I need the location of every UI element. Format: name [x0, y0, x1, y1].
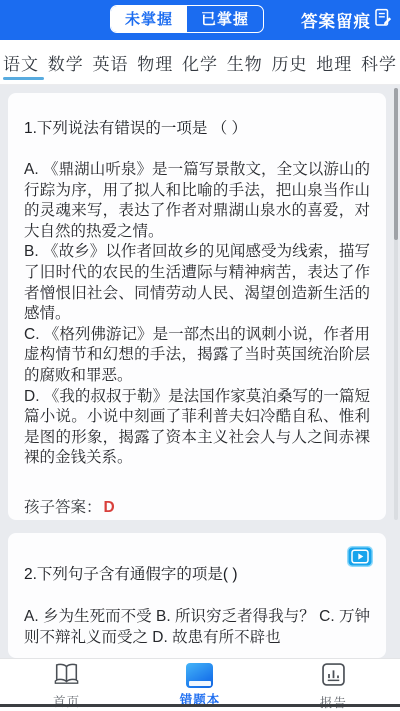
- active-tab-underline: [3, 77, 44, 80]
- tab-math[interactable]: 数学: [48, 50, 84, 75]
- question-card-1: 1.下列说法有错误的一项是 （ ） A. 《鼎湖山听泉》是一篇写景散文，全文以游…: [8, 93, 386, 520]
- option-a: A. 《鼎湖山听泉》是一篇写景散文，全文以游山的行踪为序，用了拟人和比喻的手法，…: [24, 160, 370, 242]
- top-header: 未掌握 已掌握 答案留痕: [0, 0, 400, 40]
- nav-home-label: 首页: [53, 692, 80, 710]
- option-b: B. 《故乡》以作者回故乡的见闻感受为线索，描写了旧时代的农民的生活遭际与精神病…: [24, 242, 370, 324]
- tab-biology[interactable]: 生物: [227, 50, 263, 75]
- blue-notebook-icon: [186, 663, 213, 688]
- tab-physics[interactable]: 物理: [137, 50, 173, 75]
- question-2-title: 2.下列句子含有通假字的项是( ): [24, 564, 370, 585]
- nav-report-label: 报告: [320, 693, 347, 711]
- video-play-button[interactable]: [347, 546, 373, 567]
- question-1-options: A. 《鼎湖山听泉》是一篇写景散文，全文以游山的行踪为序，用了拟人和比喻的手法，…: [24, 160, 370, 469]
- tab-not-mastered[interactable]: 未掌握: [111, 6, 187, 32]
- child-answer-label: 孩子答案：: [24, 499, 102, 516]
- question-card-2: 2.下列句子含有通假字的项是( ) A. 乡为生死而不受 B. 所识穷乏者得我与…: [8, 533, 386, 658]
- tab-mastered[interactable]: 已掌握: [187, 6, 263, 32]
- scrollbar-thumb[interactable]: [394, 88, 398, 240]
- question-2-options: A. 乡为生死而不受 B. 所识穷乏者得我与？ C. 万钟则不辩礼义而受之 D.…: [24, 606, 370, 648]
- tab-history[interactable]: 历史: [272, 50, 308, 75]
- child-answer-row: 孩子答案：D: [24, 495, 370, 517]
- answer-trace-label: 答案留痕: [301, 8, 371, 32]
- open-book-icon: [54, 663, 79, 690]
- tab-geography[interactable]: 地理: [316, 50, 352, 75]
- option-c: C. 《格列佛游记》是一部杰出的讽刺小说，作者用虚构情节和幻想的手法，揭露了当时…: [24, 325, 370, 387]
- subject-tab-bar: 语文 数学 英语 物理 化学 生物 历史 地理 科学: [0, 40, 400, 85]
- content-area[interactable]: 1.下列说法有错误的一项是 （ ） A. 《鼎湖山听泉》是一篇写景散文，全文以游…: [0, 85, 400, 658]
- mastery-segmented-control: 未掌握 已掌握: [110, 5, 264, 33]
- edit-note-icon: [374, 8, 393, 32]
- tab-science[interactable]: 科学: [361, 50, 397, 75]
- answer-trace-button[interactable]: 答案留痕: [301, 0, 393, 40]
- child-answer-value: D: [104, 499, 115, 516]
- option-d: D. 《我的叔叔于勒》是法国作家莫泊桑写的一篇短篇小说。小说中刻画了菲利普夫妇冷…: [24, 387, 370, 469]
- bottom-divider: [0, 704, 400, 707]
- video-play-icon: [347, 546, 373, 567]
- question-1-title: 1.下列说法有错误的一项是 （ ）: [24, 118, 370, 139]
- tab-english[interactable]: 英语: [93, 50, 129, 75]
- tab-chemistry[interactable]: 化学: [182, 50, 218, 75]
- tab-chinese[interactable]: 语文: [3, 50, 39, 75]
- bottom-nav: 首页 错题本 报告: [0, 658, 400, 711]
- app-screen: 未掌握 已掌握 答案留痕 语文 数学 英语 物理 化学 生物 历史 地理 科学: [0, 0, 400, 711]
- bar-chart-icon: [322, 663, 345, 691]
